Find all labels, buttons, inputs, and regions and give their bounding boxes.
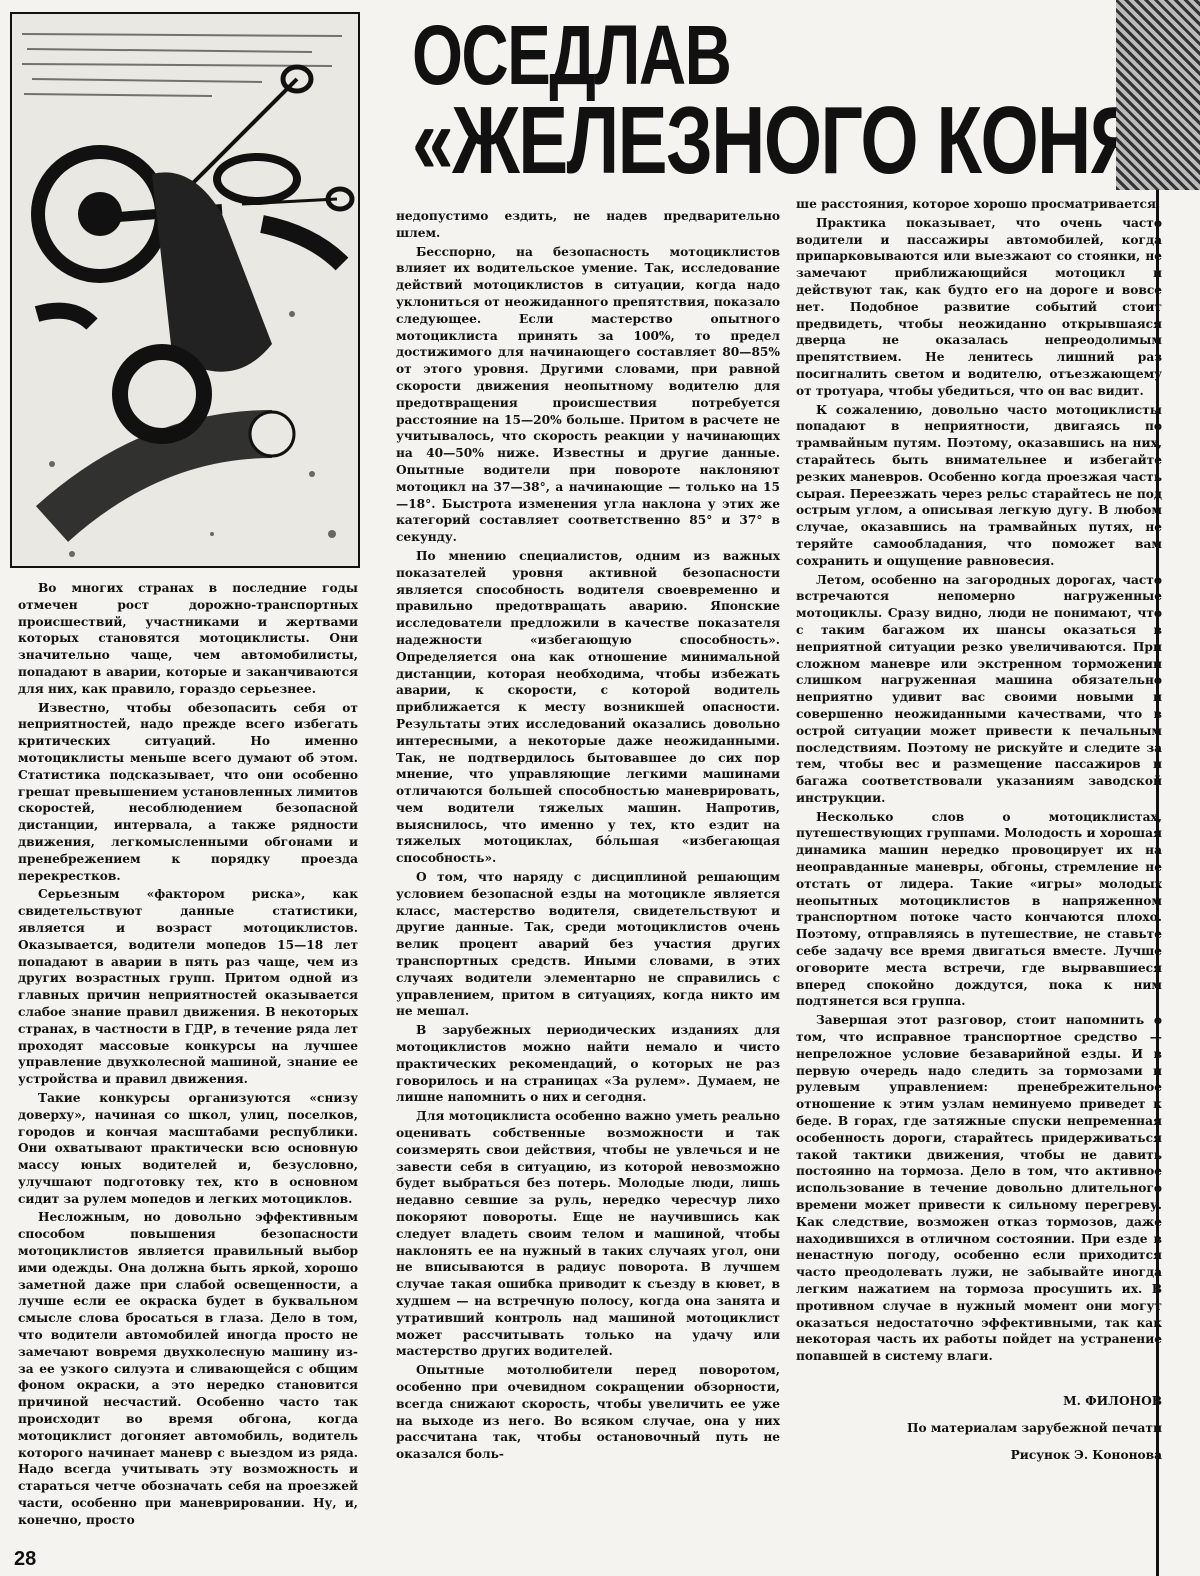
article-column-2: недопустимо ездить, не надев предварител…: [396, 208, 780, 1465]
paragraph: Для мотоциклиста особенно важно уметь ре…: [396, 1108, 780, 1360]
paragraph: Такие конкурсы организуются «снизу довер…: [18, 1090, 358, 1208]
paragraph: недопустимо ездить, не надев предварител…: [396, 208, 780, 242]
paragraph: Несколько слов о мотоциклистах, путешест…: [796, 809, 1162, 1011]
paragraph: В зарубежных периодических изданиях для …: [396, 1022, 780, 1106]
paragraph: Во многих странах в последние годы отмеч…: [18, 580, 358, 698]
paragraph: Летом, особенно на загородных дорогах, ч…: [796, 572, 1162, 807]
paragraph: Бесспорно, на безопасность мотоциклистов…: [396, 244, 780, 546]
article-signature: М. ФИЛОНОВ По материалам зарубежной печа…: [796, 1393, 1162, 1463]
article-column-3: ше расстояния, которое хорошо просматрив…: [796, 196, 1162, 1473]
paragraph: К сожалению, довольно часто мотоциклисты…: [796, 402, 1162, 570]
paragraph: Опытные мотолюбители перед поворотом, ос…: [396, 1362, 780, 1463]
page-number: 28: [14, 1548, 36, 1571]
author-name: М. ФИЛОНОВ: [796, 1393, 1162, 1410]
paragraph: Несложным, но довольно эффективным спосо…: [18, 1209, 358, 1528]
adjacent-page-photo-edge: [1116, 0, 1200, 190]
paragraph: Практика показывает, что очень часто вод…: [796, 215, 1162, 400]
paragraph: Серьезным «фактором риска», как свидетел…: [18, 886, 358, 1088]
paragraph: ше расстояния, которое хорошо просматрив…: [796, 196, 1162, 213]
paragraph: Завершая этот разговор, стоит напомнить …: [796, 1012, 1162, 1365]
illustrator-credit: Рисунок Э. Кононова: [796, 1447, 1162, 1464]
motorcycle-rider-illustration-icon: [12, 14, 358, 566]
source-note: По материалам зарубежной печати: [796, 1420, 1162, 1437]
paragraph: О том, что наряду с дисциплиной решающим…: [396, 869, 780, 1020]
headline-line-2: «ЖЕЛЕЗНОГО КОНЯ»: [412, 98, 974, 184]
article-headline: ОСЕДЛАВ «ЖЕЛЕЗНОГО КОНЯ»: [412, 12, 974, 184]
paragraph: Известно, чтобы обезопасить себя от непр…: [18, 700, 358, 885]
article-column-1: Во многих странах в последние годы отмеч…: [18, 580, 358, 1531]
motorcycle-illustration: [10, 12, 360, 568]
paragraph: По мнению специалистов, одним из важных …: [396, 548, 780, 867]
